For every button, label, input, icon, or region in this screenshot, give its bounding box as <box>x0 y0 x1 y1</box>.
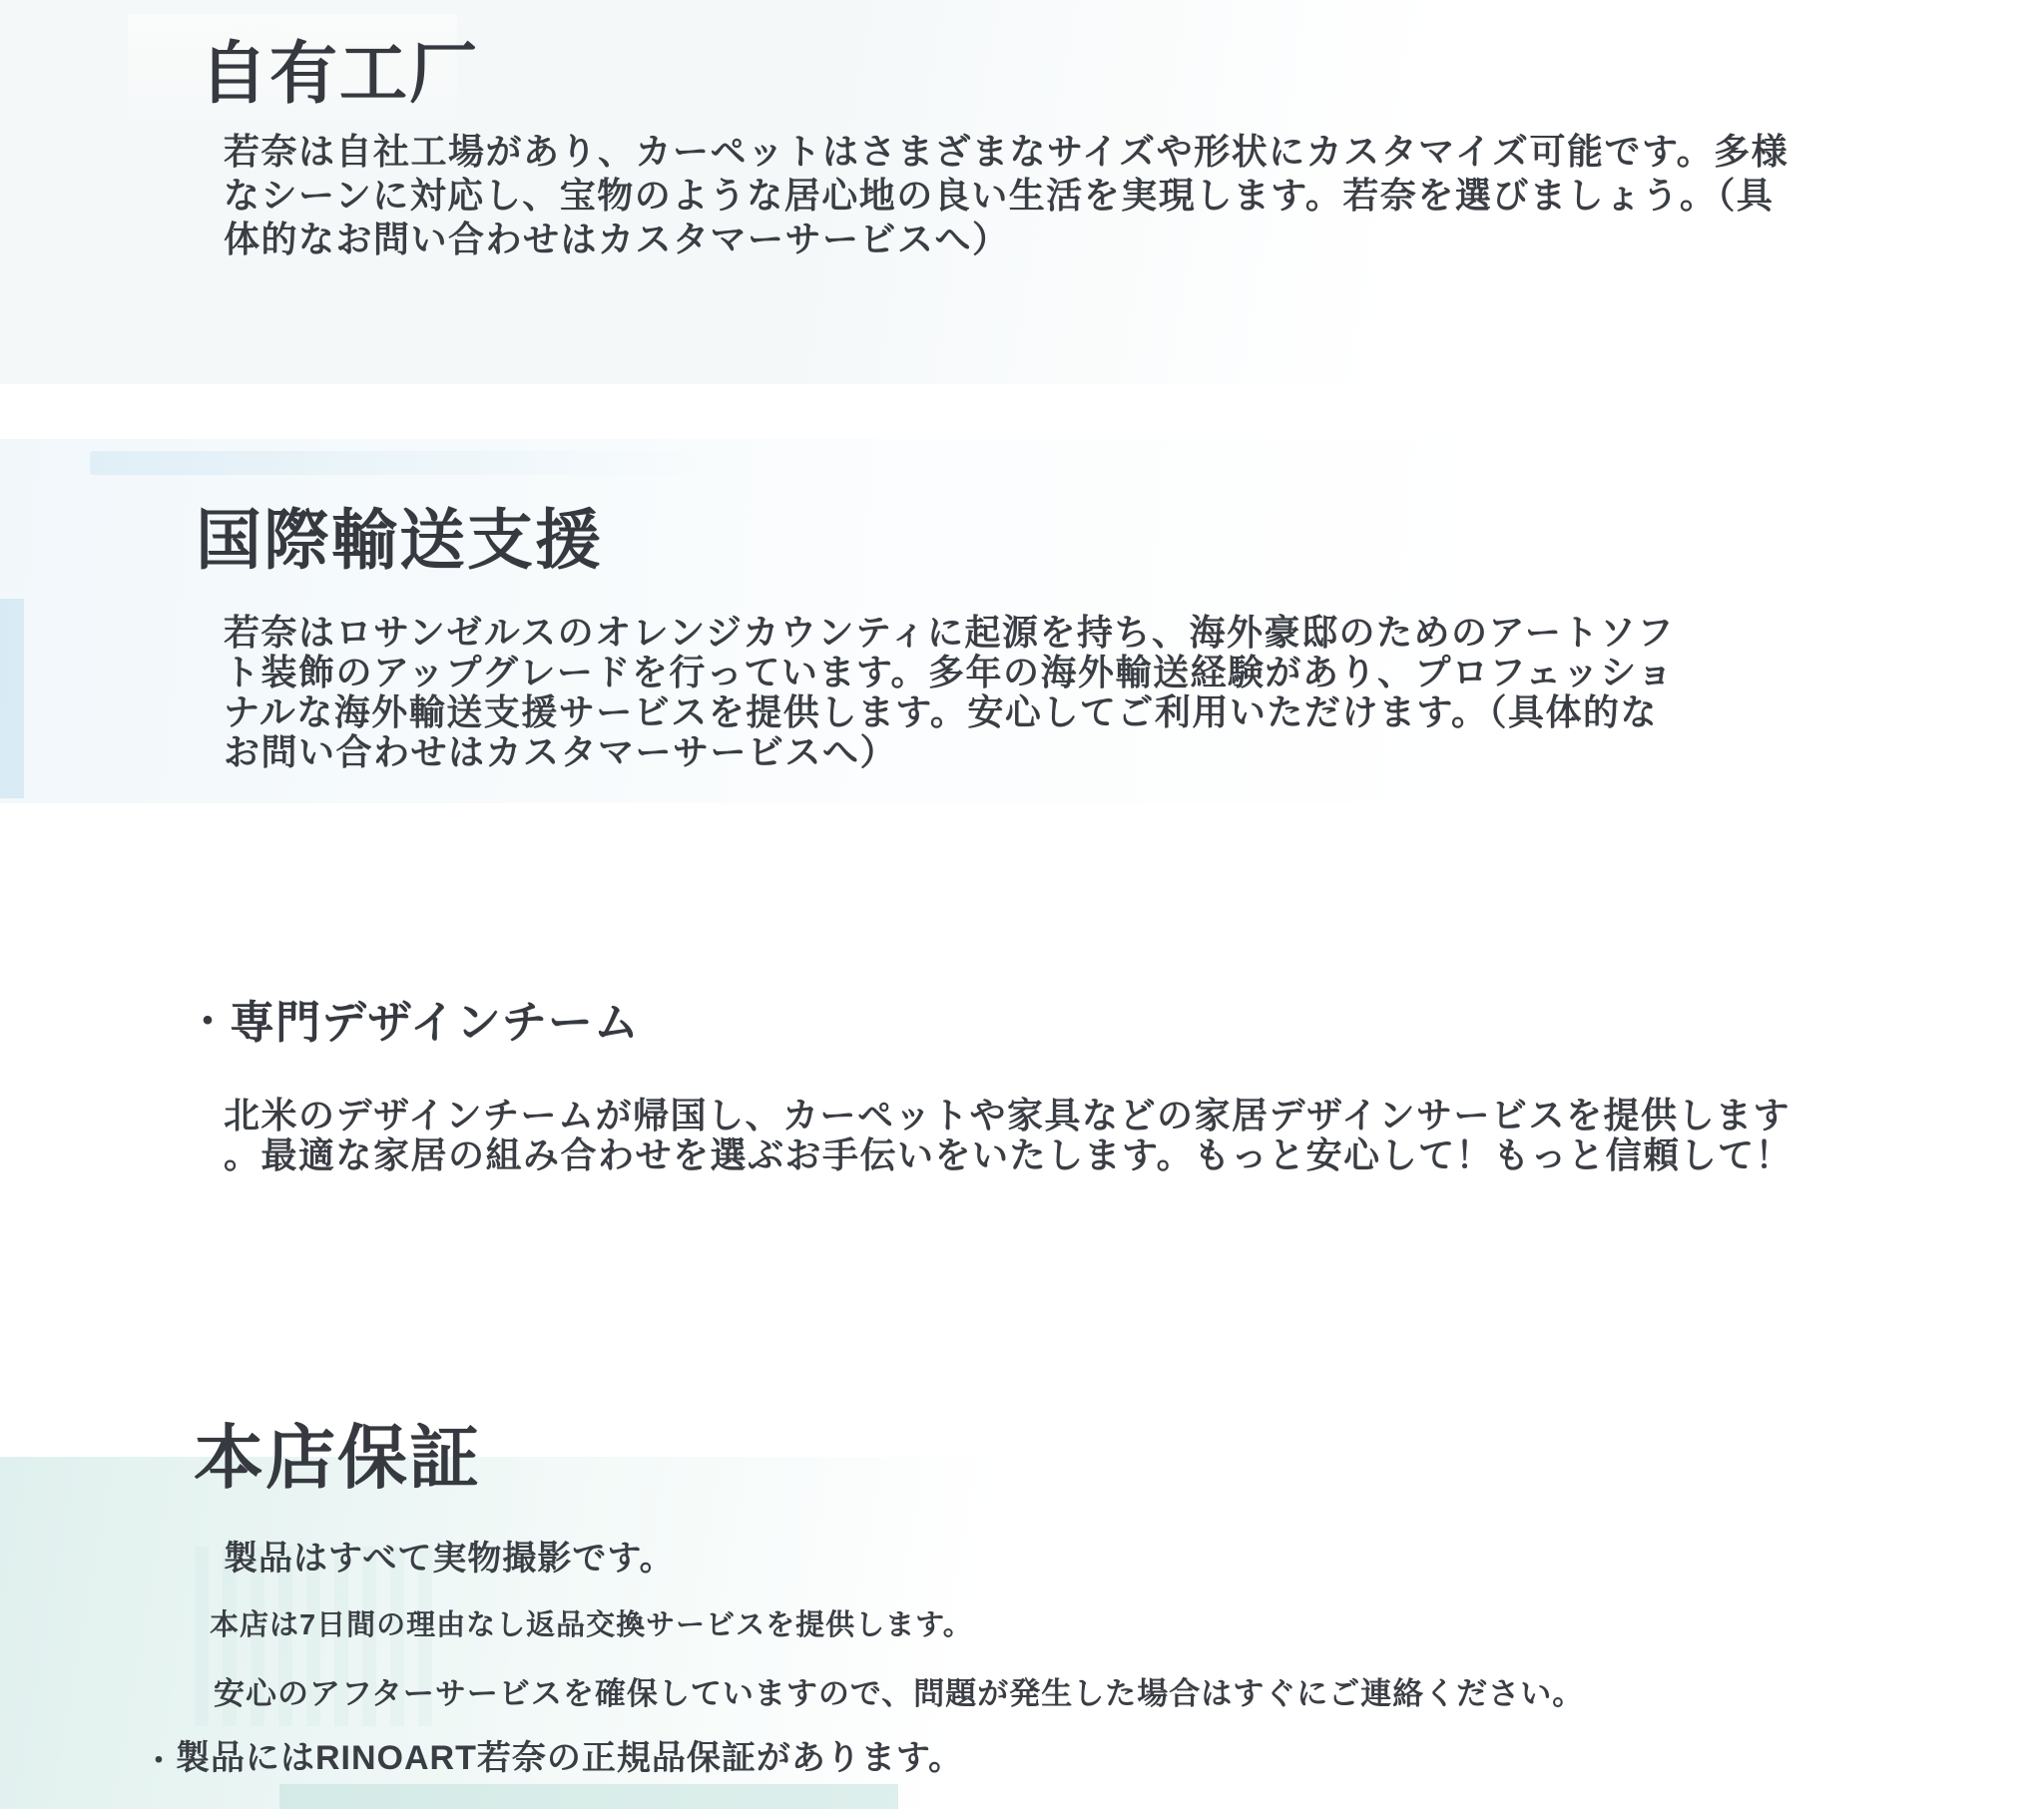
paragraph-line: 。最適な家居の組み合わせを選ぶお手伝いをいたします。もっと安心して！もっと信頼し… <box>224 1135 1792 1175</box>
guarantee-line-after-service: 安心のアフターサービスを確保していますので、問題が発生した場合はすぐにご連絡くだ… <box>214 1668 1584 1713</box>
paragraph-line: 北米のデザインチームが帰国し、カーペットや家具などの家居デザインサービスを提供し… <box>224 1096 1792 1135</box>
paragraph-line: 若奈はロサンゼルスのオレンジカウンティに起源を持ち、海外豪邸のためのアートソフ <box>224 613 1675 653</box>
bullet-marker: ・ <box>188 990 228 1047</box>
store-guarantee-heading: 本店保証 <box>194 1421 481 1497</box>
international-shipping-heading: 国際輸送支援 <box>196 505 603 576</box>
international-shipping-paragraph: 若奈はロサンゼルスのオレンジカウンティに起源を持ち、海外豪邸のためのアートソフ … <box>224 613 1675 772</box>
paragraph-line: 体的なお問い合わせはカスタマーサービスへ） <box>224 218 1788 261</box>
own-factory-paragraph: 若奈は自社工場があり、カーペットはさまざまなサイズや形状にカスタマイズ可能です。… <box>224 130 1788 261</box>
paragraph-line: ト装飾のアップグレードを行っています。多年の海外輸送経験があり、プロフェッショ <box>224 653 1675 692</box>
background-band-bottom <box>279 1784 898 1809</box>
guarantee-line-authenticity: 製品にはRINOART若奈の正規品保証があります。 <box>176 1730 963 1779</box>
paragraph-line: 若奈は自社工場があり、カーペットはさまざまなサイズや形状にカスタマイズ可能です。… <box>224 130 1788 174</box>
guarantee-line-return-policy: 本店は7日間の理由なし返品交換サービスを提供します。 <box>210 1602 973 1643</box>
bullet-marker: ・ <box>144 1736 174 1780</box>
own-factory-heading: 自有工厂 <box>200 38 479 111</box>
guarantee-line-real-photos: 製品はすべて実物撮影です。 <box>224 1531 675 1580</box>
paragraph-line: なシーンに対応し、宝物のような居心地の良い生活を実現します。若奈を選びましょう。… <box>224 174 1788 218</box>
design-team-heading: 専門デザインチーム <box>230 986 640 1051</box>
background-band-middle <box>90 451 709 475</box>
design-team-paragraph: 北米のデザインチームが帰国し、カーペットや家具などの家居デザインサービスを提供し… <box>224 1096 1792 1175</box>
design-team-heading-row: ・ 専門デザインチーム <box>188 986 640 1051</box>
background-edge-strip <box>0 599 24 798</box>
paragraph-line: お問い合わせはカスタマーサービスへ） <box>224 732 1675 772</box>
product-description-page: 自有工厂 若奈は自社工場があり、カーペットはさまざまなサイズや形状にカスタマイズ… <box>0 0 2044 1809</box>
paragraph-line: ナルな海外輸送支援サービスを提供します。安心してご利用いただけます。（具体的な <box>224 692 1675 732</box>
